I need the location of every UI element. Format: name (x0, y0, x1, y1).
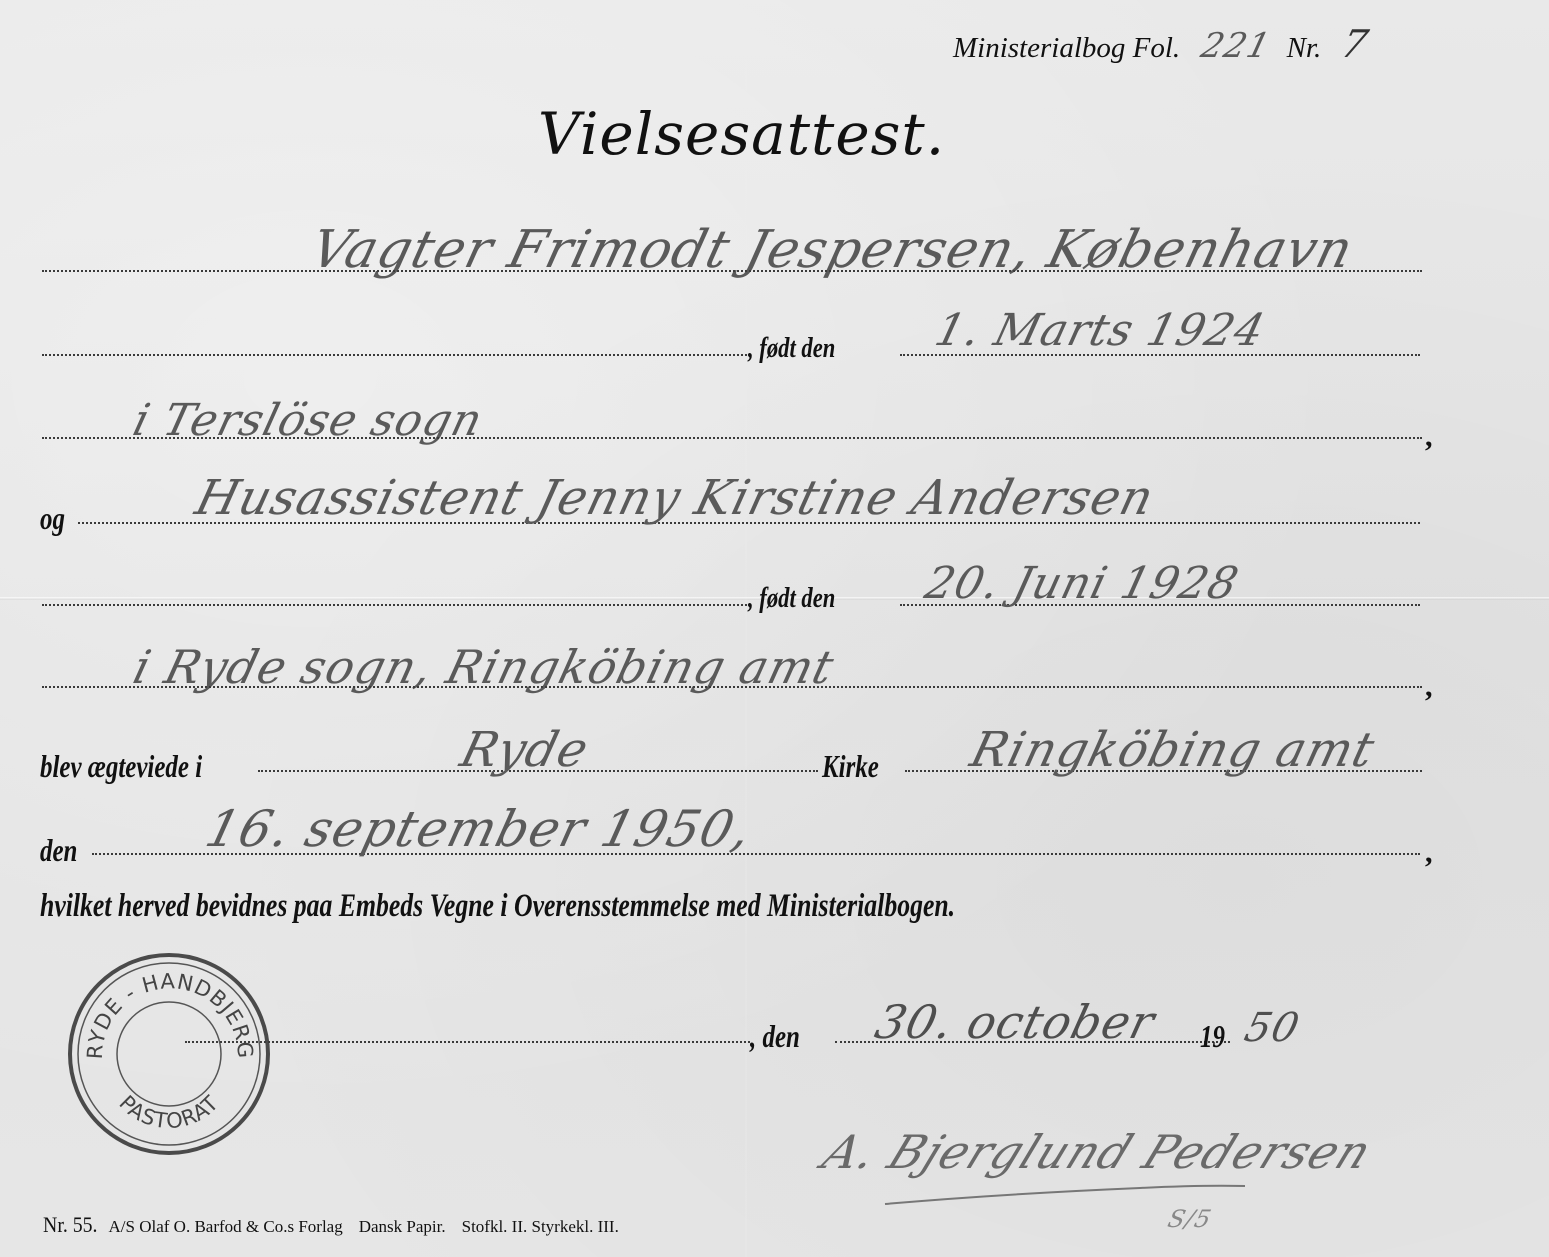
form-number: Nr. 55. (43, 1212, 97, 1238)
church-place: Ryde (455, 722, 595, 778)
groom-birth-line-left (42, 354, 747, 356)
bride-born-label: , født den (748, 582, 835, 615)
paper-fold-vertical (745, 0, 747, 1257)
folio-number: 221 (1197, 26, 1275, 66)
publisher: A/S Olaf O. Barfod & Co.s Forlag (109, 1217, 343, 1236)
signature-note: S/5 (1165, 1205, 1215, 1233)
document-title: Vielsesattest. (538, 100, 945, 168)
bride-birth-line-left (42, 604, 747, 606)
ministerialbog-reference: Ministerialbog Fol. 221 Nr. 7 (953, 22, 1362, 66)
bride-parish-line (42, 686, 1422, 688)
groom-parish-line (42, 437, 1422, 439)
bride-name: Husassistent Jenny Kirstine Andersen (190, 470, 1160, 526)
svg-text:PASTORAT: PASTORAT (114, 1091, 223, 1134)
issue-place-line (185, 1041, 750, 1043)
groom-born-label: , født den (748, 332, 835, 365)
ref-label: Ministerialbog Fol. (953, 32, 1180, 64)
parish-stamp: RYDE - HANDBJERG PASTORAT (65, 950, 273, 1158)
church-county: Ringköbing amt (965, 722, 1380, 778)
nr-label: Nr. (1287, 32, 1322, 64)
wedding-date: 16. september 1950, (200, 800, 758, 858)
comma: , (1425, 670, 1433, 704)
issue-den-label: , den (750, 1018, 800, 1055)
married-label: blev ægteviede i (40, 748, 202, 785)
svg-text:RYDE - HANDBJERG: RYDE - HANDBJERG (83, 969, 258, 1060)
comma: , (1425, 420, 1433, 454)
bride-birth-date: 20. Juni 1928 (920, 558, 1244, 609)
certification-text: hvilket herved bevidnes paa Embeds Vegne… (40, 888, 955, 925)
and-label: og (40, 500, 65, 537)
pastor-signature: A. Bjerglund Pedersen (815, 1125, 1380, 1179)
church-label: Kirke (822, 748, 879, 785)
den-label: den (40, 832, 77, 869)
signature-underline (880, 1180, 1360, 1210)
paper-class: Stofkl. II. Styrkekl. III. (462, 1217, 619, 1236)
form-footer: Nr. 55. A/S Olaf O. Barfod & Co.s Forlag… (40, 1212, 619, 1238)
issue-year-prefix: 19 (1200, 1018, 1225, 1055)
comma: , (1425, 836, 1433, 870)
groom-birth-date: 1. Marts 1924 (930, 305, 1270, 356)
paper-type: Dansk Papir. (359, 1217, 446, 1236)
groom-name-line (42, 270, 1422, 272)
issue-day-month: 30. october (870, 995, 1161, 1049)
